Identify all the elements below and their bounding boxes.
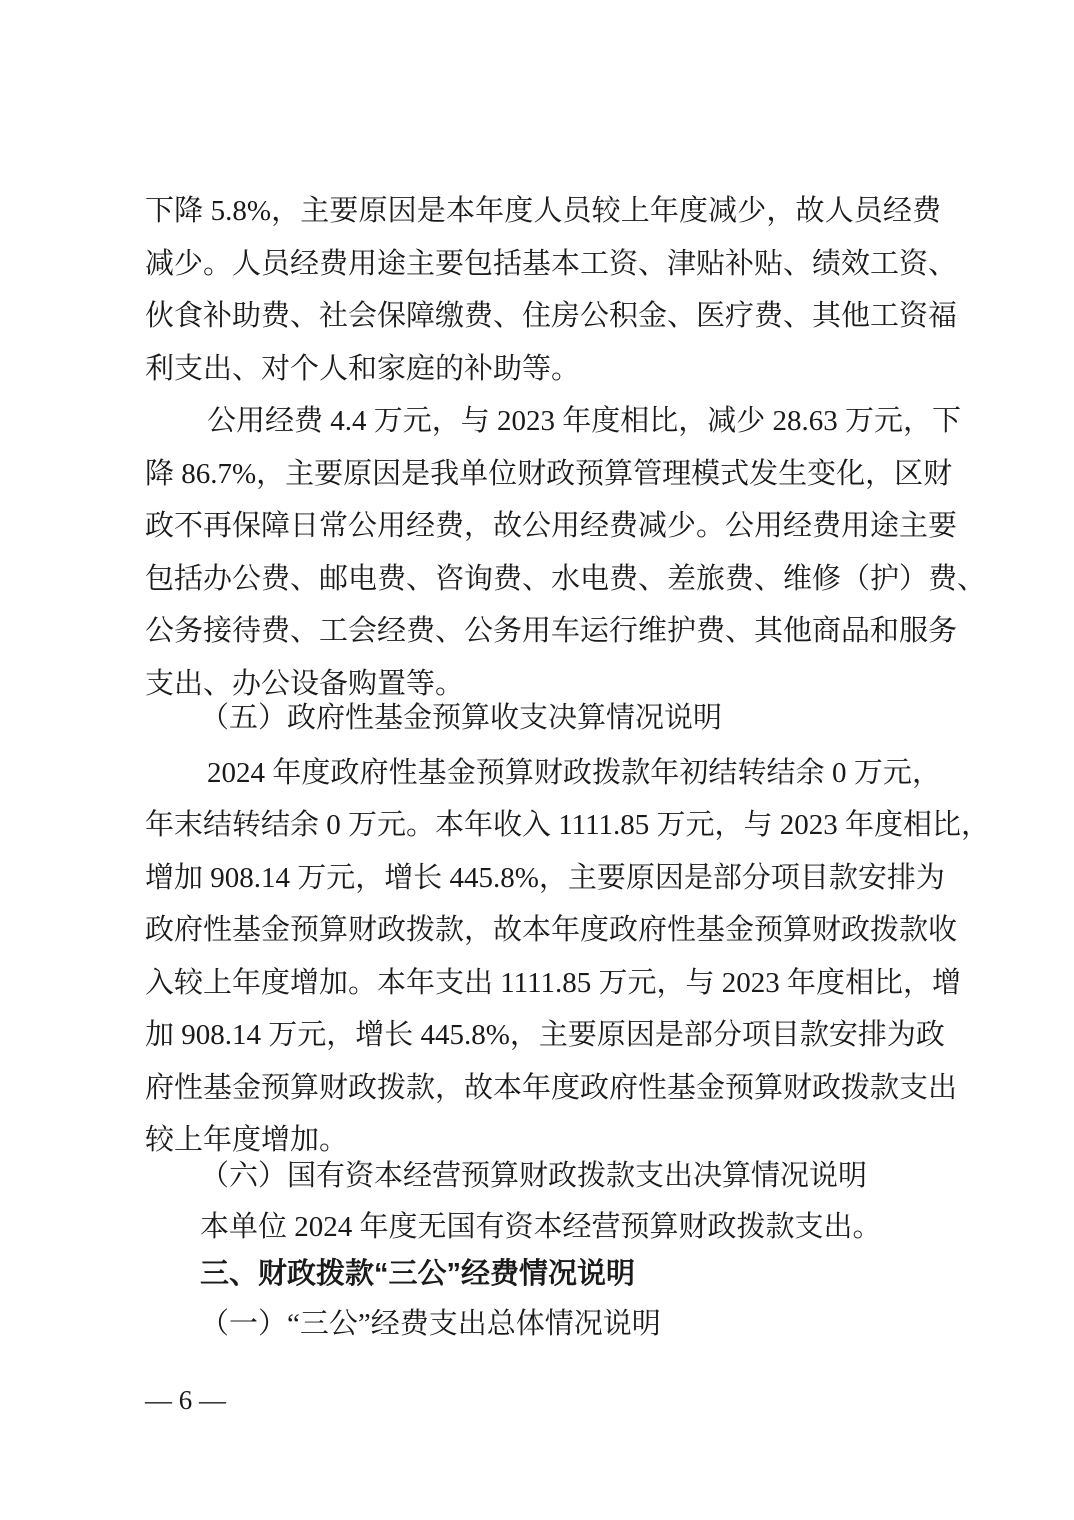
paragraph-line: 入较上年度增加。本年支出 1111.85 万元，与 2023 年度相比，增 [145, 963, 941, 1003]
paragraph-line: 利支出、对个人和家庭的补助等。 [145, 349, 941, 389]
paragraph-line: 公务接待费、工会经费、公务用车运行维护费、其他商品和服务 [145, 611, 941, 651]
paragraph-line: 包括办公费、邮电费、咨询费、水电费、差旅费、维修（护）费、 [145, 559, 941, 599]
chapter-heading-3: 三、财政拨款“三公”经费情况说明 [200, 1254, 635, 1294]
section-heading-5: （五）政府性基金预算收支决算情况说明 [200, 698, 722, 738]
paragraph-line: 本单位 2024 年度无国有资本经营预算财政拨款支出。 [200, 1207, 882, 1247]
paragraph-line: 2024 年度政府性基金预算财政拨款年初结转结余 0 万元， [207, 753, 941, 793]
paragraph-line: 政不再保障日常公用经费，故公用经费减少。公用经费用途主要 [145, 506, 941, 546]
paragraph-line: 增加 908.14 万元，增长 445.8%，主要原因是部分项目款安排为 [145, 858, 941, 898]
section-heading-1: （一）“三公”经费支出总体情况说明 [200, 1304, 661, 1344]
paragraph-line: 下降 5.8%，主要原因是本年度人员较上年度减少，故人员经费 [145, 191, 941, 231]
paragraph-line: 年末结转结余 0 万元。本年收入 1111.85 万元，与 2023 年度相比， [145, 805, 941, 845]
paragraph-line: 较上年度增加。 [145, 1120, 941, 1160]
paragraph-line: 加 908.14 万元，增长 445.8%，主要原因是部分项目款安排为政 [145, 1015, 941, 1055]
paragraph-line: 降 86.7%，主要原因是我单位财政预算管理模式发生变化，区财 [145, 454, 941, 494]
section-heading-6: （六）国有资本经营预算财政拨款支出决算情况说明 [200, 1156, 867, 1196]
paragraph-line: 府性基金预算财政拨款，故本年度政府性基金预算财政拨款支出 [145, 1068, 941, 1108]
paragraph-line: 减少。人员经费用途主要包括基本工资、津贴补贴、绩效工资、 [145, 244, 941, 284]
page-number: — 6 — [145, 1382, 226, 1418]
paragraph-line: 政府性基金预算财政拨款，故本年度政府性基金预算财政拨款收 [145, 910, 941, 950]
document-page: 下降 5.8%，主要原因是本年度人员较上年度减少，故人员经费 减少。人员经费用途… [0, 0, 1074, 1520]
paragraph-line: 伙食补助费、社会保障缴费、住房公积金、医疗费、其他工资福 [145, 296, 941, 336]
paragraph-line: 公用经费 4.4 万元，与 2023 年度相比，减少 28.63 万元，下 [207, 401, 941, 441]
